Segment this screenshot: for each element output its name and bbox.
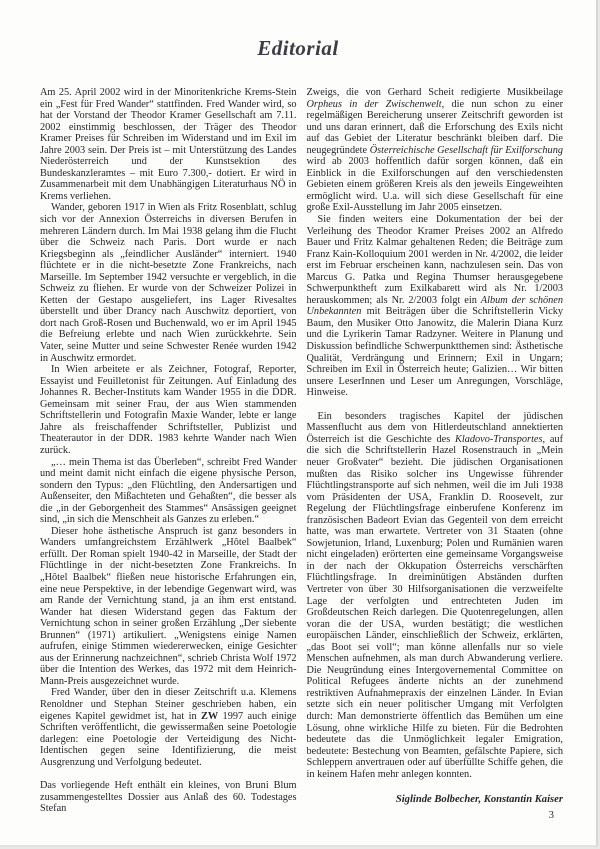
editorial-page: Editorial Am 25. April 2002 wird in der … [0,0,598,847]
page-number: 3 [549,809,555,821]
right-column: Zweigs, die von Gerhard Scheit redigiert… [307,87,564,815]
page-title: Editorial [0,0,596,61]
paragraph: Sie finden weiters eine Dokumentation de… [307,214,564,399]
paragraph: Ein besonders tragisches Kapitel der jüd… [307,411,564,781]
paragraph: „… mein Thema ist das Überleben“, schrei… [40,457,297,526]
paragraph: Das vorliegende Heft enthält ein kleines… [40,780,297,815]
text-columns: Am 25. April 2002 wird in der Minoritenk… [40,87,563,815]
paragraph: Am 25. April 2002 wird in der Minoritenk… [40,87,297,202]
paragraph: Dieser hohe ästhetische Anspruch ist gan… [40,526,297,688]
left-column: Am 25. April 2002 wird in der Minoritenk… [40,87,297,815]
paragraph: Fred Wander, über den in dieser Zeitschr… [40,687,297,768]
signature: Siglinde Bolbecher, Konstantin Kaiser [307,794,564,806]
paragraph: Zweigs, die von Gerhard Scheit redigiert… [307,87,564,214]
paragraph: Wander, geboren 1917 in Wien als Fritz R… [40,202,297,364]
paragraph: In Wien arbeitete er als Zeichner, Fotog… [40,364,297,456]
